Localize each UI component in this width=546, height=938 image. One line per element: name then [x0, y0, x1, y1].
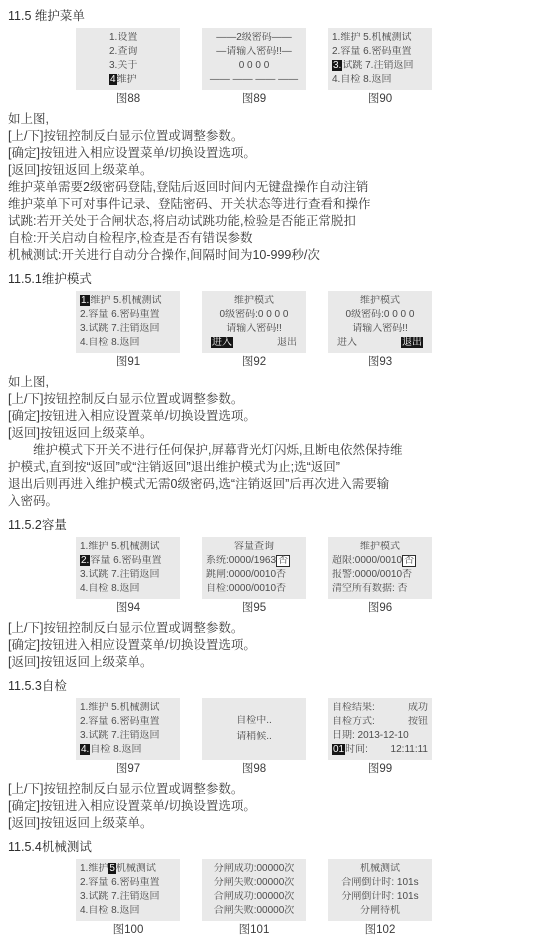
screen-line: 容量查询	[205, 541, 303, 553]
figure-caption: 图92	[202, 355, 306, 369]
line-left: 进入	[337, 337, 357, 349]
figure-caption: 图102	[328, 923, 432, 937]
screen-line: 超限:0000/0010否	[331, 555, 429, 567]
figure: 1.维护 5.机械测试2.容量 6.密码重置3.试跳 7.注销返回4.自检 8.…	[76, 291, 180, 369]
figure-row: 1.维护 5.机械测试2.容量 6.密码重置3.试跳 7.注销返回4.自检 8.…	[76, 698, 538, 776]
figure: 容量查询系统:0000/1963否跳闸:0000/0010否自检:0000/00…	[202, 537, 306, 615]
text-segment: 自检 8.返回	[90, 744, 141, 755]
text-segment: 跳闸:0000/0010否	[206, 569, 286, 580]
figure-caption: 图94	[76, 601, 180, 615]
lcd-screen: 自检结果:成功自检方式:按钮日期: 2013-12-1001时间:12:11:1…	[328, 698, 432, 760]
text-segment: 机械测试	[116, 863, 156, 874]
screen-line: 分闸待机	[331, 905, 429, 917]
text-line: [返回]按钮返回上级菜单。	[8, 425, 538, 442]
figure: 维护模式超限:0000/0010否报警:0000/0010否清空所有数据: 否图…	[328, 537, 432, 615]
screen-line: 分闸成功:00000次	[205, 863, 303, 875]
text-segment: 1.维护 5.机械测试	[80, 702, 159, 713]
text-line: [确定]按钮进入相应设置菜单/切换设置选项。	[8, 637, 538, 654]
text-segment: 分闸失败:00000次	[214, 877, 295, 888]
lcd-screen: 1.维护 5.机械测试2.容量 6.密码重置3.试跳 7.注销返回4.自检 8.…	[76, 537, 180, 599]
text-segment: 分闸成功:00000次	[214, 863, 295, 874]
screen-line: 请输入密码!!	[205, 323, 303, 335]
text-segment: 请输入密码!!	[226, 323, 282, 334]
text-line: [上/下]按钮控制反白显示位置或调整参数。	[8, 128, 538, 145]
section-11.5.1: 11.5.1维护模式1.维护 5.机械测试2.容量 6.密码重置3.试跳 7.注…	[8, 271, 538, 510]
text-line: [上/下]按钮控制反白显示位置或调整参数。	[8, 391, 538, 408]
screen-line: 4.自检 8.返回	[79, 583, 177, 595]
text-line: 维护菜单需要2级密码登陆,登陆后返回时间内无键盘操作自动注销	[8, 179, 538, 196]
screen-line: 自检方式:按钮	[331, 716, 429, 728]
text-segment: 容量 6.密码重置	[90, 555, 161, 566]
line-left: 进入	[211, 337, 233, 349]
screen-line: ——2级密码——	[205, 32, 303, 44]
text-segment: 合闸成功:00000次	[214, 891, 295, 902]
screen-line: 4.自检 8.返回	[331, 74, 429, 86]
screen-line: —请输入密码!!—	[205, 46, 303, 58]
line-right: 成功	[408, 702, 428, 714]
text-segment: 1.维护 5.机械测试	[332, 32, 411, 43]
lcd-screen: 1.维护 5.机械测试2.容量 6.密码重置3.试跳 7.注销返回4.自检 8.…	[76, 698, 180, 760]
text-segment: 4.自检 8.返回	[80, 337, 139, 348]
text-line: [上/下]按钮控制反白显示位置或调整参数。	[8, 620, 538, 637]
section-heading: 11.5.1维护模式	[8, 271, 538, 288]
screen-line: 系统:0000/1963否	[205, 555, 303, 567]
screen-line: 合闸倒计时: 101s	[331, 877, 429, 889]
text-line: 如上图,	[8, 111, 538, 128]
lcd-screen: ——2级密码———请输入密码!!—0 0 0 0—— —— —— ——	[202, 28, 306, 90]
highlighted-text-segment: 5	[108, 863, 116, 874]
text-segment: 合闸倒计时: 101s	[341, 877, 418, 888]
text-segment: 2.容量 6.密码重置	[80, 716, 159, 727]
figure-caption: 图90	[328, 92, 432, 106]
lcd-screen: 分闸成功:00000次分闸失败:00000次合闸成功:00000次合闸失败:00…	[202, 859, 306, 921]
figure-caption: 图91	[76, 355, 180, 369]
screen-line: 请稍候..	[205, 731, 303, 743]
screen-line: 1.维护5机械测试	[79, 863, 177, 875]
screen-line: 1.维护 5.机械测试	[79, 541, 177, 553]
section-heading: 11.5.3自检	[8, 678, 538, 695]
text-segment: 1.维护	[80, 863, 108, 874]
screen-line: 2.容量 6.密码重置	[79, 877, 177, 889]
screen-line: 维护模式	[331, 541, 429, 553]
screen-line: 3.关于	[109, 60, 177, 72]
text-segment: 3.关于	[109, 60, 137, 71]
text-segment: 0级密码:0 0 0 0	[346, 309, 415, 320]
cursor-boxed-segment: 否	[402, 555, 416, 567]
screen-line: 4.自检 8.返回	[79, 337, 177, 349]
line-left: 自检方式:	[332, 716, 375, 728]
text-segment: 自检中..	[236, 715, 272, 726]
screen-line: 1.维护 5.机械测试	[79, 295, 177, 307]
screen-line: 0 0 0 0	[205, 60, 303, 72]
screen-line: 跳闸:0000/0010否	[205, 569, 303, 581]
text-segment: 自检方式:	[332, 716, 375, 727]
figure: 1.维护 5.机械测试2.容量 6.密码重置3.试跳 7.注销返回4.自检 8.…	[76, 698, 180, 776]
figure-row: 1.设置2.查询3.关于4维护图88——2级密码———请输入密码!!—0 0 0…	[76, 28, 538, 106]
figure: 1.设置2.查询3.关于4维护图88	[76, 28, 180, 106]
screen-line: 3.试跳 7.注销返回	[79, 730, 177, 742]
text-segment: 报警:0000/0010否	[332, 569, 412, 580]
text-segment: 清空所有数据: 否	[332, 583, 408, 594]
text-segment: ——2级密码——	[216, 32, 292, 43]
line-left: 01时间:	[332, 744, 368, 756]
text-segment: 日期: 2013-12-10	[332, 730, 409, 741]
text-segment: 3.试跳 7.注销返回	[80, 730, 159, 741]
figure-row: 1.维护5机械测试2.容量 6.密码重置3.试跳 7.注销返回4.自检 8.返回…	[76, 859, 538, 937]
figure-caption: 图99	[328, 762, 432, 776]
highlighted-text-segment: 01	[332, 744, 345, 755]
figure-caption: 图88	[76, 92, 180, 106]
figure-caption: 图101	[202, 923, 306, 937]
highlighted-text-segment: 退出	[401, 337, 423, 348]
text-segment: 退出	[277, 337, 297, 348]
figure: 维护模式0级密码:0 0 0 0请输入密码!!进入退出图93	[328, 291, 432, 369]
screen-line: 维护模式	[331, 295, 429, 307]
text-segment: 请输入密码!!	[352, 323, 408, 334]
text-segment: 3.试跳 7.注销返回	[80, 323, 159, 334]
screen-line: 1.设置	[109, 32, 177, 44]
text-segment: 2.容量 6.密码重置	[332, 46, 411, 57]
text-segment: —— —— —— ——	[210, 74, 298, 85]
figure: 机械测试合闸倒计时: 101s分闸倒计时: 101s分闸待机图102	[328, 859, 432, 937]
highlighted-text-segment: 3.	[332, 60, 342, 71]
screen-line: 分闸倒计时: 101s	[331, 891, 429, 903]
line-right: 退出	[277, 337, 297, 349]
figure: ——2级密码———请输入密码!!—0 0 0 0—— —— —— ——图89	[202, 28, 306, 106]
screen-line: 维护模式	[205, 295, 303, 307]
text-segment: —请输入密码!!—	[216, 46, 292, 57]
text-segment: 2.容量 6.密码重置	[80, 309, 159, 320]
screen-line: 自检中..	[205, 715, 303, 727]
screen-line: 1.维护 5.机械测试	[331, 32, 429, 44]
section-heading: 11.5.4机械测试	[8, 839, 538, 856]
text-line: 护模式,直到按“返回”或“注销返回”退出维护模式为止;选“返回”	[8, 459, 538, 476]
figure: 1.维护5机械测试2.容量 6.密码重置3.试跳 7.注销返回4.自检 8.返回…	[76, 859, 180, 937]
text-line: 如上图,	[8, 374, 538, 391]
line-right: 退出	[401, 337, 423, 349]
screen-line: 3.试跳 7.注销返回	[79, 569, 177, 581]
figure-caption: 图89	[202, 92, 306, 106]
text-segment: 3.试跳 7.注销返回	[80, 569, 159, 580]
lcd-screen: 1.维护5机械测试2.容量 6.密码重置3.试跳 7.注销返回4.自检 8.返回	[76, 859, 180, 921]
document-page: 11.5 维护菜单1.设置2.查询3.关于4维护图88——2级密码———请输入密…	[0, 0, 546, 938]
section-11.5.4: 11.5.4机械测试1.维护5机械测试2.容量 6.密码重置3.试跳 7.注销返…	[8, 839, 538, 937]
text-segment: 合闸失败:00000次	[214, 905, 295, 916]
text-segment: 超限:0000/0010	[332, 555, 402, 566]
highlighted-text-segment: 4	[109, 74, 117, 85]
highlighted-text-segment: 进入	[211, 337, 233, 348]
text-segment: 按钮	[408, 716, 428, 727]
text-segment: 2.查询	[109, 46, 137, 57]
text-segment: 2.容量 6.密码重置	[80, 877, 159, 888]
line-right: 按钮	[408, 716, 428, 728]
text-line: 自检:开关启动自检程序,检查是否有错误参数	[8, 230, 538, 247]
screen-line: 2.容量 6.密码重置	[79, 555, 177, 567]
screen-line: 清空所有数据: 否	[331, 583, 429, 595]
text-segment: 4.自检 8.返回	[80, 583, 139, 594]
screen-line: 1.维护 5.机械测试	[79, 702, 177, 714]
figure-caption: 图98	[202, 762, 306, 776]
figure-caption: 图95	[202, 601, 306, 615]
text-line: [返回]按钮返回上级菜单。	[8, 162, 538, 179]
screen-line: 3.试跳 7.注销返回	[331, 60, 429, 72]
text-segment: 自检:0000/0010否	[206, 583, 286, 594]
figure-caption: 图93	[328, 355, 432, 369]
text-segment: 机械测试	[360, 863, 400, 874]
screen-line: —— —— —— ——	[205, 74, 303, 86]
screen-line: 4.自检 8.返回	[79, 905, 177, 917]
text-line: [确定]按钮进入相应设置菜单/切换设置选项。	[8, 408, 538, 425]
text-segment: 系统:0000/1963	[206, 555, 276, 566]
highlighted-text-segment: 2.	[80, 555, 90, 566]
lcd-screen: 容量查询系统:0000/1963否跳闸:0000/0010否自检:0000/00…	[202, 537, 306, 599]
section-11.5: 11.5 维护菜单1.设置2.查询3.关于4维护图88——2级密码———请输入密…	[8, 8, 538, 264]
text-segment: 维护模式	[360, 295, 400, 306]
text-line: [上/下]按钮控制反白显示位置或调整参数。	[8, 781, 538, 798]
figure: 1.维护 5.机械测试2.容量 6.密码重置3.试跳 7.注销返回4.自检 8.…	[76, 537, 180, 615]
section-heading: 11.5 维护菜单	[8, 8, 538, 25]
screen-line: 机械测试	[331, 863, 429, 875]
lcd-screen: 维护模式超限:0000/0010否报警:0000/0010否清空所有数据: 否	[328, 537, 432, 599]
highlighted-text-segment: 1.	[80, 295, 90, 306]
figure: 1.维护 5.机械测试2.容量 6.密码重置3.试跳 7.注销返回4.自检 8.…	[328, 28, 432, 106]
text-segment: 时间:	[345, 744, 368, 755]
text-segment: 1.维护 5.机械测试	[80, 541, 159, 552]
text-segment: 请稍候..	[236, 731, 272, 742]
screen-line: 0级密码:0 0 0 0	[331, 309, 429, 321]
lcd-screen: 1.设置2.查询3.关于4维护	[76, 28, 180, 90]
highlighted-text-segment: 4.	[80, 744, 90, 755]
text-line: 机械测试:开关进行自动分合操作,间隔时间为10-999秒/次	[8, 247, 538, 264]
text-segment: 维护模式	[360, 541, 400, 552]
screen-line: 自检:0000/0010否	[205, 583, 303, 595]
text-segment: 试跳 7.注销返回	[342, 60, 413, 71]
screen-line: 2.容量 6.密码重置	[331, 46, 429, 58]
lcd-screen: 自检中..请稍候..	[202, 698, 306, 760]
text-line: 维护菜单下可对事件记录、登陆密码、开关状态等进行查看和操作	[8, 196, 538, 213]
text-segment: 维护	[117, 74, 137, 85]
text-segment: 0 0 0 0	[239, 60, 270, 71]
line-left: 自检结果:	[332, 702, 375, 714]
section-11.5.2: 11.5.2容量1.维护 5.机械测试2.容量 6.密码重置3.试跳 7.注销返…	[8, 517, 538, 671]
text-line: [确定]按钮进入相应设置菜单/切换设置选项。	[8, 798, 538, 815]
screen-line: 进入退出	[331, 337, 429, 349]
text-segment: 12:11:11	[391, 744, 428, 755]
text-segment: 3.试跳 7.注销返回	[80, 891, 159, 902]
screen-line: 4维护	[109, 74, 177, 86]
figure: 自检结果:成功自检方式:按钮日期: 2013-12-1001时间:12:11:1…	[328, 698, 432, 776]
text-segment: 自检结果:	[332, 702, 375, 713]
screen-line: 进入退出	[205, 337, 303, 349]
text-line: 试跳:若开关处于合闸状态,将启动试跳功能,检验是否能正常脱扣	[8, 213, 538, 230]
section-11.5.3: 11.5.3自检1.维护 5.机械测试2.容量 6.密码重置3.试跳 7.注销返…	[8, 678, 538, 832]
text-segment: 分闸待机	[360, 905, 400, 916]
screen-line: 日期: 2013-12-10	[331, 730, 429, 742]
figure-row: 1.维护 5.机械测试2.容量 6.密码重置3.试跳 7.注销返回4.自检 8.…	[76, 537, 538, 615]
text-segment: 容量查询	[234, 541, 274, 552]
figure: 分闸成功:00000次分闸失败:00000次合闸成功:00000次合闸失败:00…	[202, 859, 306, 937]
text-segment: 1.设置	[109, 32, 137, 43]
text-segment: 4.自检 8.返回	[80, 905, 139, 916]
text-line: [返回]按钮返回上级菜单。	[8, 654, 538, 671]
text-line: 入密码。	[8, 493, 538, 510]
screen-line: 2.查询	[109, 46, 177, 58]
screen-line: 报警:0000/0010否	[331, 569, 429, 581]
text-segment: 4.自检 8.返回	[332, 74, 391, 85]
text-segment: 分闸倒计时: 101s	[341, 891, 418, 902]
figure: 维护模式0级密码:0 0 0 0请输入密码!!进入退出图92	[202, 291, 306, 369]
screen-line: 分闸失败:00000次	[205, 877, 303, 889]
text-line: [确定]按钮进入相应设置菜单/切换设置选项。	[8, 145, 538, 162]
text-line: [返回]按钮返回上级菜单。	[8, 815, 538, 832]
line-right: 12:11:11	[391, 744, 428, 756]
screen-line: 0级密码:0 0 0 0	[205, 309, 303, 321]
text-segment: 维护模式	[234, 295, 274, 306]
text-segment: 0级密码:0 0 0 0	[220, 309, 289, 320]
section-heading: 11.5.2容量	[8, 517, 538, 534]
figure-caption: 图100	[76, 923, 180, 937]
lcd-screen: 维护模式0级密码:0 0 0 0请输入密码!!进入退出	[202, 291, 306, 353]
text-segment: 维护 5.机械测试	[90, 295, 161, 306]
figure-caption: 图96	[328, 601, 432, 615]
figure-row: 1.维护 5.机械测试2.容量 6.密码重置3.试跳 7.注销返回4.自检 8.…	[76, 291, 538, 369]
text-segment: 进入	[337, 337, 357, 348]
screen-line: 01时间:12:11:11	[331, 744, 429, 756]
screen-line: 合闸成功:00000次	[205, 891, 303, 903]
lcd-screen: 维护模式0级密码:0 0 0 0请输入密码!!进入退出	[328, 291, 432, 353]
screen-line: 4.自检 8.返回	[79, 744, 177, 756]
screen-line: 合闸失败:00000次	[205, 905, 303, 917]
lcd-screen: 1.维护 5.机械测试2.容量 6.密码重置3.试跳 7.注销返回4.自检 8.…	[76, 291, 180, 353]
lcd-screen: 机械测试合闸倒计时: 101s分闸倒计时: 101s分闸待机	[328, 859, 432, 921]
screen-line: 请输入密码!!	[331, 323, 429, 335]
cursor-boxed-segment: 否	[276, 555, 290, 567]
text-segment: 成功	[408, 702, 428, 713]
screen-line: 3.试跳 7.注销返回	[79, 323, 177, 335]
text-line: 维护模式下开关不进行任何保护,屏幕背光灯闪烁,且断电依然保持维	[8, 442, 538, 459]
lcd-screen: 1.维护 5.机械测试2.容量 6.密码重置3.试跳 7.注销返回4.自检 8.…	[328, 28, 432, 90]
screen-line: 2.容量 6.密码重置	[79, 309, 177, 321]
text-line: 退出后则再进入维护模式无需0级密码,选“注销返回”后再次进入需要输	[8, 476, 538, 493]
figure: 自检中..请稍候..图98	[202, 698, 306, 776]
figure-caption: 图97	[76, 762, 180, 776]
screen-line: 2.容量 6.密码重置	[79, 716, 177, 728]
screen-line: 自检结果:成功	[331, 702, 429, 714]
screen-line: 3.试跳 7.注销返回	[79, 891, 177, 903]
